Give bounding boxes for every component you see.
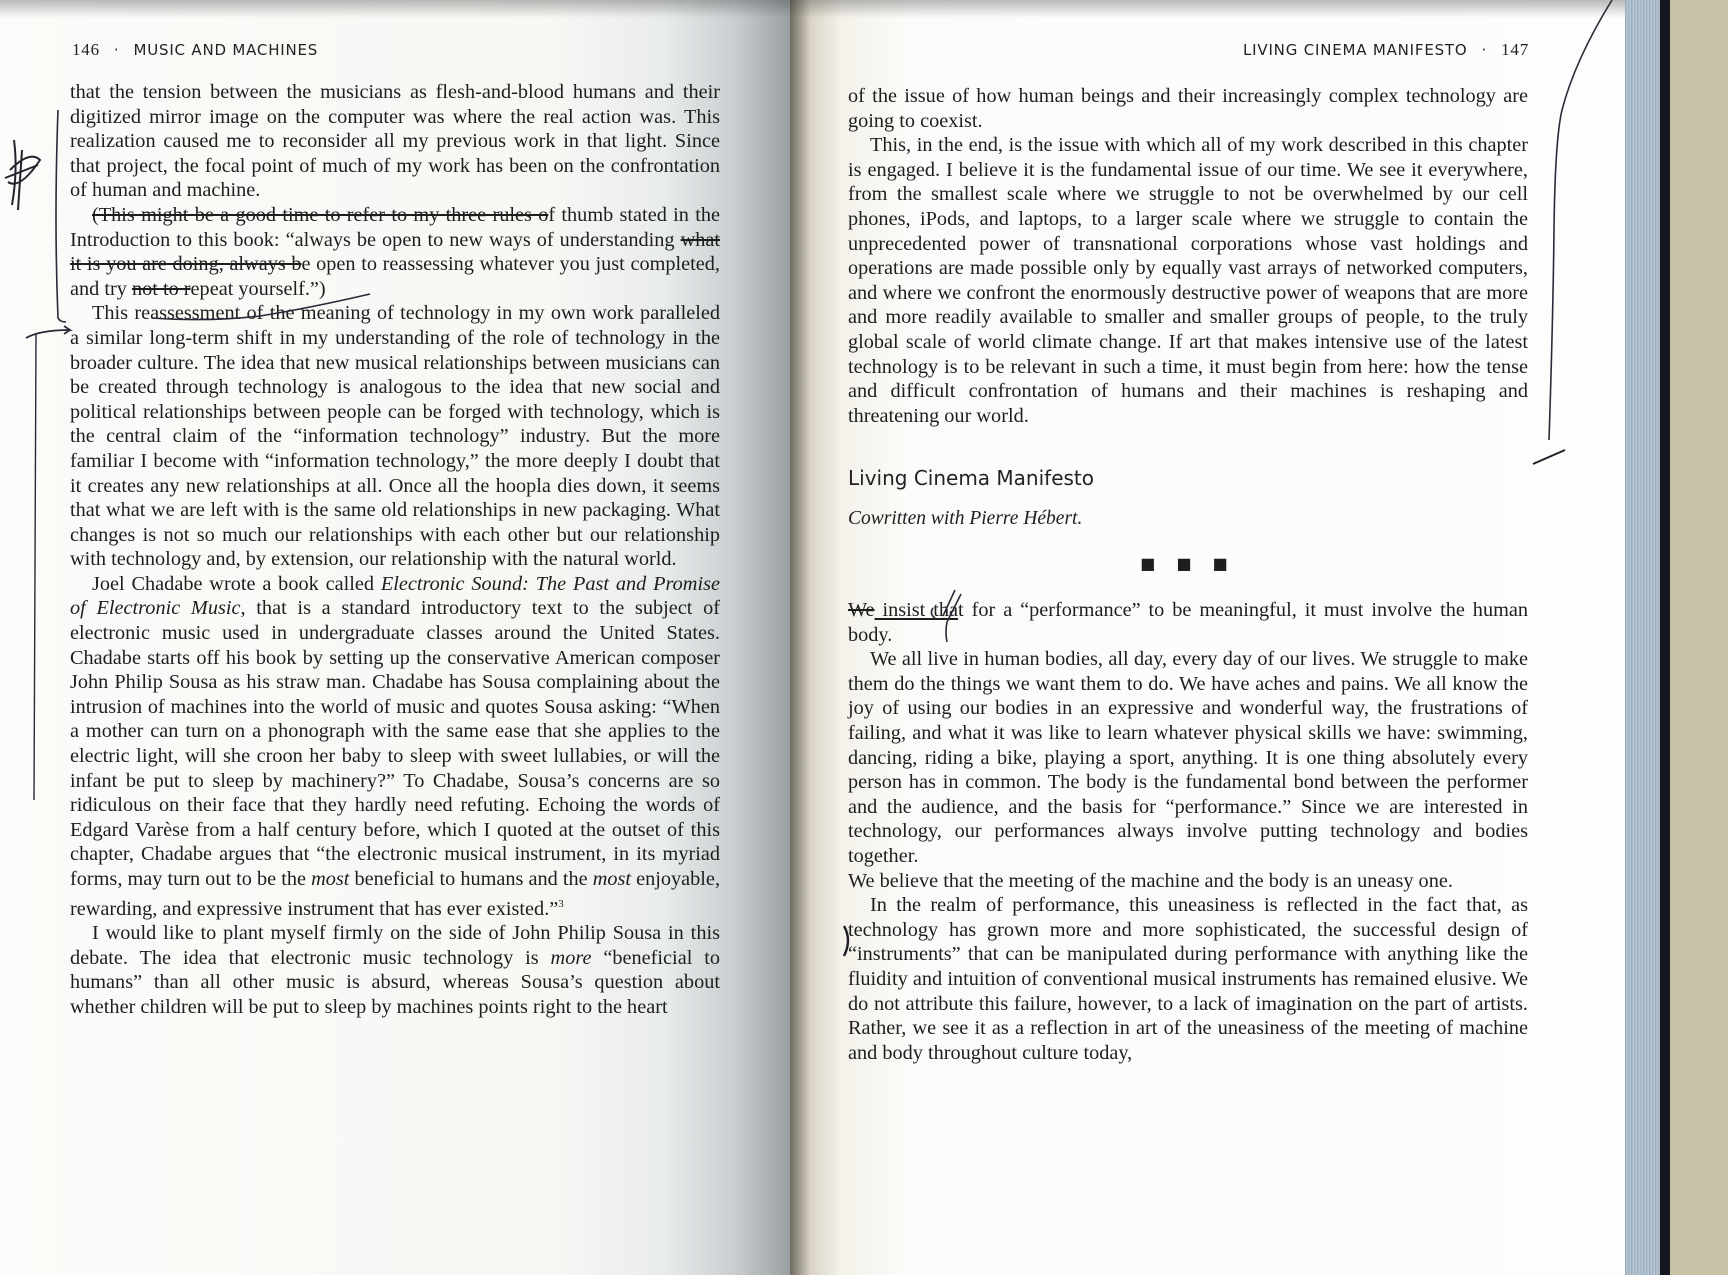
paragraph: We believe that the meeting of the machi… (848, 869, 1528, 894)
paragraph: This, in the end, is the issue with whic… (848, 133, 1528, 428)
section-byline: Cowritten with Pierre Hébert. (848, 507, 1528, 532)
struck-text: not to r (132, 278, 191, 300)
left-running-head: 146·MUSIC AND MACHINES (72, 40, 318, 60)
running-head-separator: · (114, 41, 120, 59)
section-ornament: ■ ■ ■ (848, 552, 1528, 577)
right-page-number: 147 (1501, 40, 1529, 59)
dash-mark (1533, 450, 1565, 464)
right-running-head: LIVING CINEMA MANIFESTO·147 (1243, 40, 1529, 60)
underlined-text: insist tha (875, 599, 959, 621)
book-spread: 146·MUSIC AND MACHINES that the tension … (0, 0, 1728, 1275)
scribble-mark-icon (5, 140, 40, 210)
paragraph-insist: We insist that for a “performance” to be… (848, 598, 1528, 647)
right-page: LIVING CINEMA MANIFESTO·147 of the issue… (790, 0, 1625, 1275)
scanner-background (1670, 0, 1728, 1275)
paragraph: In the realm of performance, this uneasi… (848, 893, 1528, 1065)
left-running-title: MUSIC AND MACHINES (133, 41, 318, 59)
paragraph: This reassessment of the meaning of tech… (70, 301, 720, 572)
margin-line (1549, 0, 1612, 440)
paragraph: that the tension between the musicians a… (70, 80, 720, 203)
text: epeat yourself.”) (191, 278, 326, 300)
footnote-marker: 3 (558, 898, 564, 910)
right-running-title: LIVING CINEMA MANIFESTO (1243, 41, 1468, 59)
margin-line (34, 334, 36, 800)
text: beneficial to humans and the (349, 868, 592, 890)
left-page: 146·MUSIC AND MACHINES that the tension … (0, 0, 790, 1275)
text: that is a standard introductory text to … (70, 597, 720, 890)
text: Joel Chadabe wrote a book called (92, 573, 381, 595)
paragraph-chadabe: Joel Chadabe wrote a book called Electro… (70, 572, 720, 921)
left-body-text: that the tension between the musicians a… (70, 80, 720, 1019)
left-page-number: 146 (72, 40, 100, 59)
page-edges (1625, 0, 1665, 1275)
arrow-mark-icon (26, 326, 70, 338)
paragraph: We all live in human bodies, all day, ev… (848, 647, 1528, 868)
section-heading: Living Cinema Manifesto (848, 466, 1528, 491)
book-cover-edge (1660, 0, 1670, 1275)
paragraph: of the issue of how human beings and the… (848, 84, 1528, 133)
emphasis: most (593, 868, 631, 890)
struck-text: (This might be a good time to refer to m… (92, 204, 548, 226)
paragraph-sousa: I would like to plant myself firmly on t… (70, 921, 720, 1019)
running-head-separator: · (1482, 41, 1488, 59)
emphasis: more (551, 947, 592, 969)
right-body-text: of the issue of how human beings and the… (848, 84, 1528, 1065)
emphasis: most (311, 868, 349, 890)
paragraph-rules-of-thumb: (This might be a good time to refer to m… (70, 203, 720, 301)
top-shadow (0, 0, 1625, 18)
struck-text: We (848, 599, 875, 621)
bracket-line (56, 110, 66, 322)
